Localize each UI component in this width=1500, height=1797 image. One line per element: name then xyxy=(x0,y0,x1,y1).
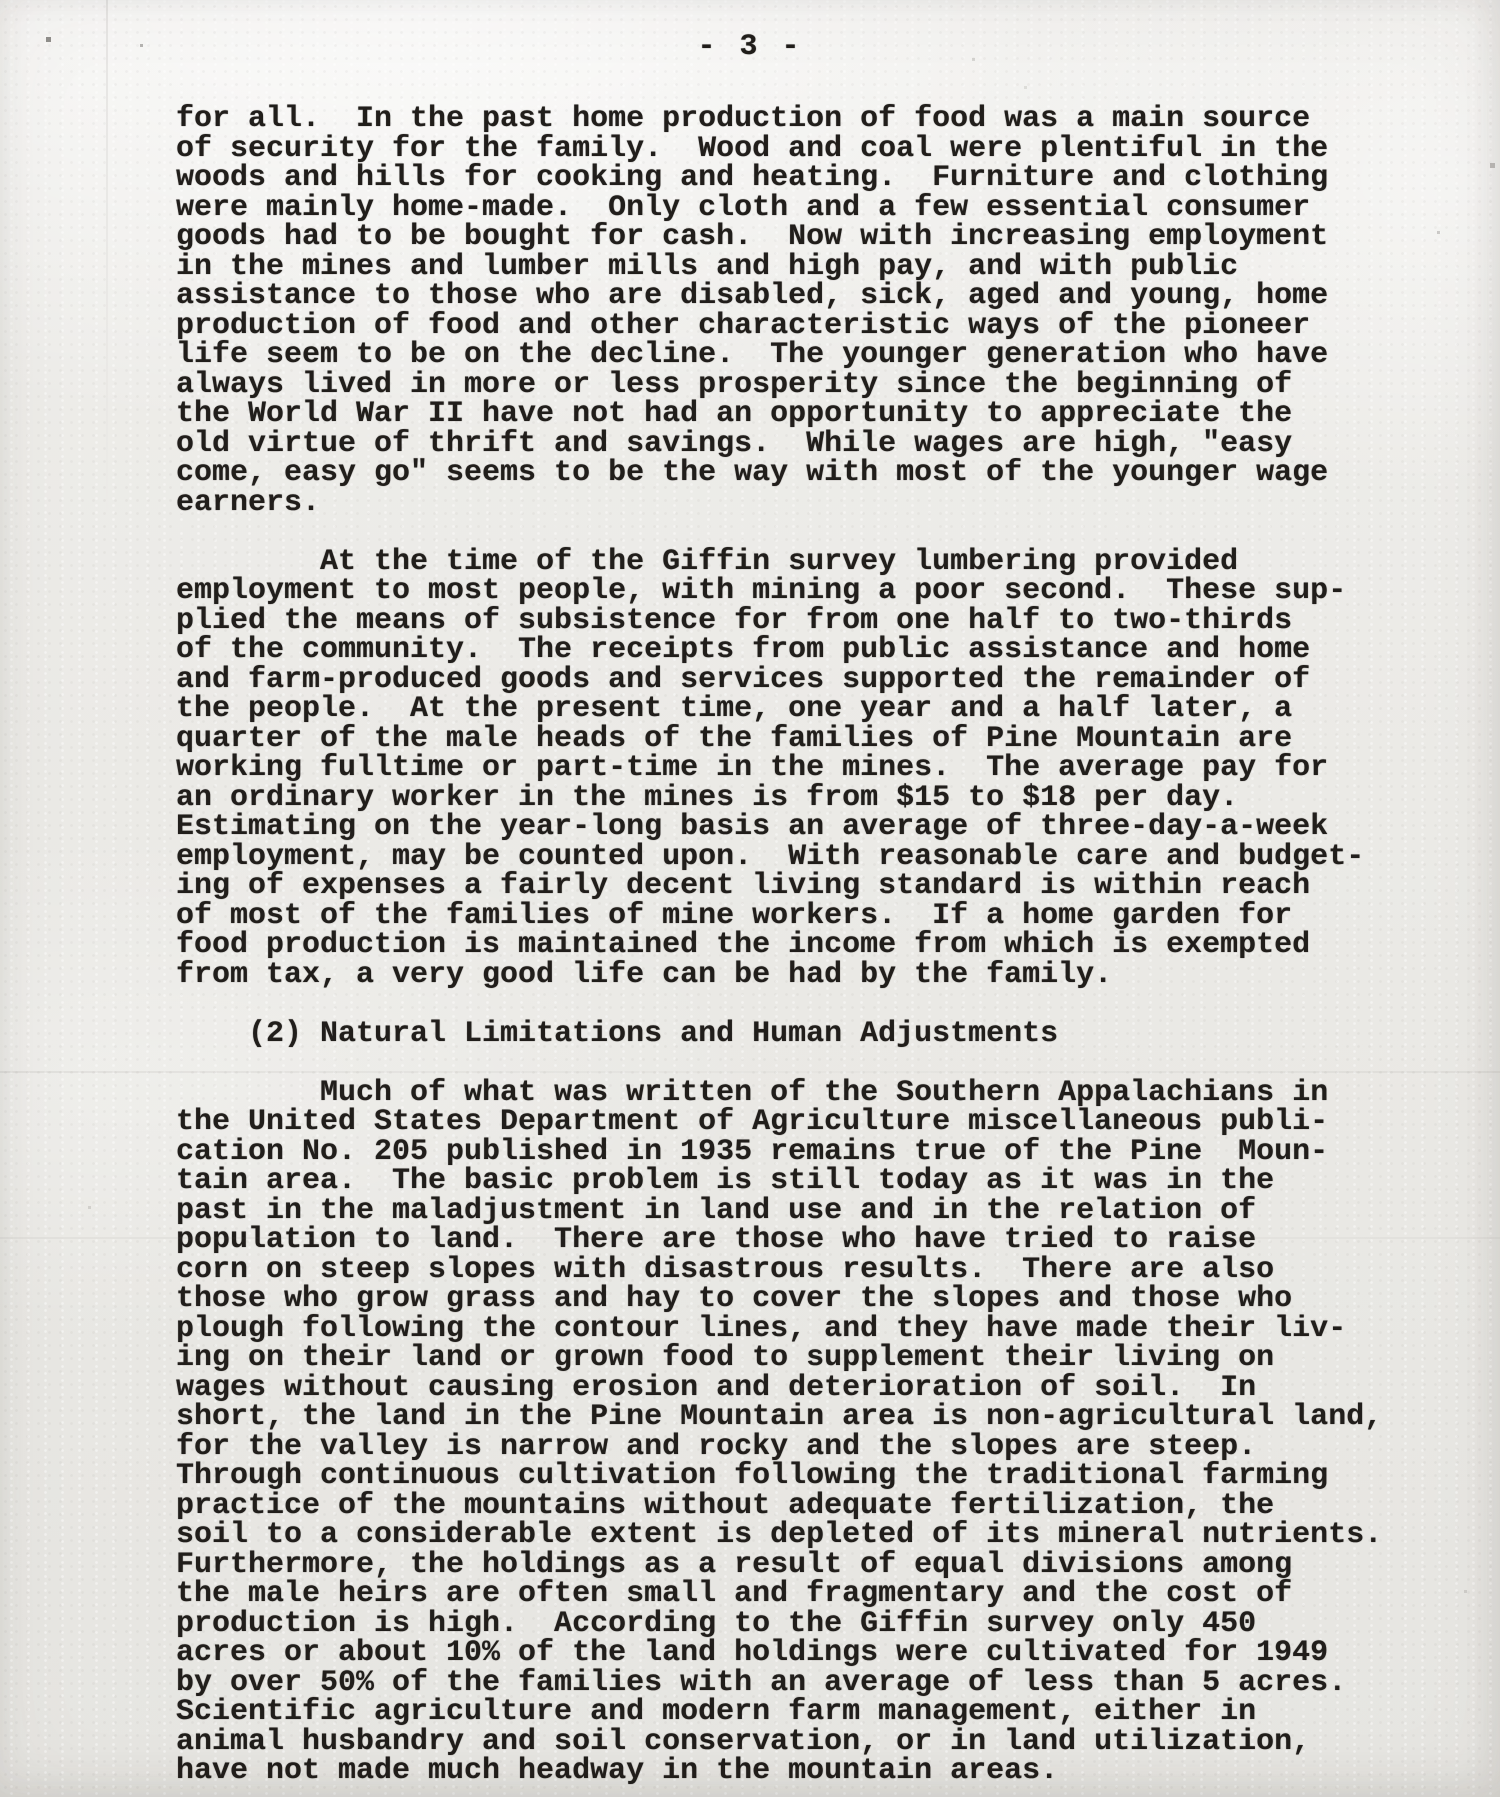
page-number: - 3 - xyxy=(0,30,1500,64)
paragraph-giffin-survey: At the time of the Giffin survey lumberi… xyxy=(176,548,1456,991)
document-body: for all. In the past home production of … xyxy=(176,105,1456,1787)
scanned-document-page: - 3 - for all. In the past home producti… xyxy=(0,0,1500,1797)
section-heading-natural-limitations: (2) Natural Limitations and Human Adjust… xyxy=(176,1020,1456,1050)
paragraph-appalachians: Much of what was written of the Southern… xyxy=(176,1079,1456,1787)
paragraph-home-production: for all. In the past home production of … xyxy=(176,105,1456,518)
scan-specks xyxy=(0,0,3,3)
paper-crease xyxy=(106,0,108,520)
